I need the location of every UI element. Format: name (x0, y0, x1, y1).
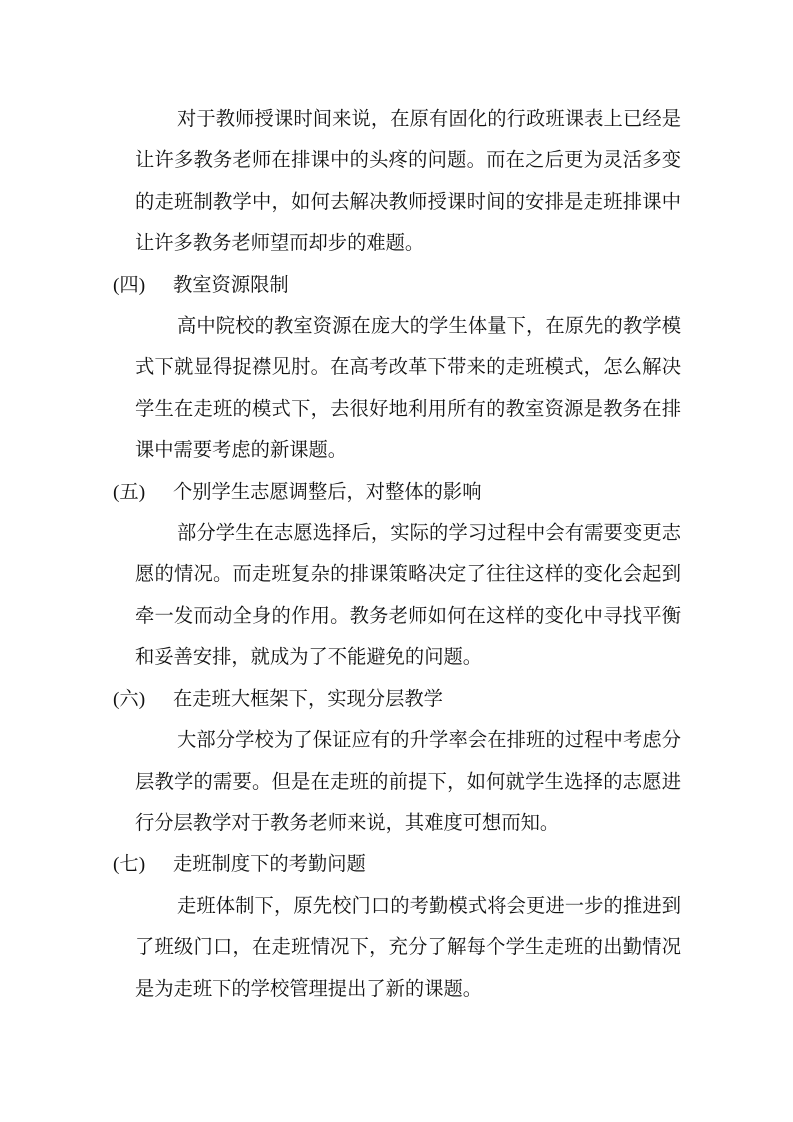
paragraph-volunteer-adjustment: 部分学生在志愿选择后，实际的学习过程中会有需要变更志愿的情况。而走班复杂的排课策… (135, 513, 681, 679)
paragraph-attendance: 走班体制下，原先校门口的考勤模式将会更进一步的推进到了班级门口，在走班情况下，充… (135, 886, 681, 1010)
heading-title: 教室资源限制 (173, 275, 289, 296)
section-heading-5: (五)个别学生志愿调整后，对整体的影响 (113, 472, 681, 513)
heading-title: 个别学生志愿调整后，对整体的影响 (173, 482, 482, 503)
heading-number: (七) (113, 844, 173, 885)
section-heading-7: (七)走班制度下的考勤问题 (113, 844, 681, 885)
heading-number: (四) (113, 265, 173, 306)
paragraph-classroom-resources: 高中院校的教室资源在庞大的学生体量下，在原先的教学模式下就显得捉襟见肘。在高考改… (135, 306, 681, 472)
heading-title: 在走班大框架下，实现分层教学 (173, 689, 443, 710)
paragraph-layered-teaching: 大部分学校为了保证应有的升学率会在排班的过程中考虑分层教学的需要。但是在走班的前… (135, 720, 681, 844)
heading-number: (五) (113, 472, 173, 513)
document-page: 对于教师授课时间来说，在原有固化的行政班课表上已经是让许多教务老师在排课中的头疼… (0, 0, 793, 1122)
document-body: 对于教师授课时间来说，在原有固化的行政班课表上已经是让许多教务老师在排课中的头疼… (135, 99, 681, 1010)
heading-title: 走班制度下的考勤问题 (173, 854, 366, 875)
section-heading-6: (六)在走班大框架下，实现分层教学 (113, 679, 681, 720)
paragraph-teacher-schedule: 对于教师授课时间来说，在原有固化的行政班课表上已经是让许多教务老师在排课中的头疼… (135, 99, 681, 265)
heading-number: (六) (113, 679, 173, 720)
section-heading-4: (四)教室资源限制 (113, 265, 681, 306)
